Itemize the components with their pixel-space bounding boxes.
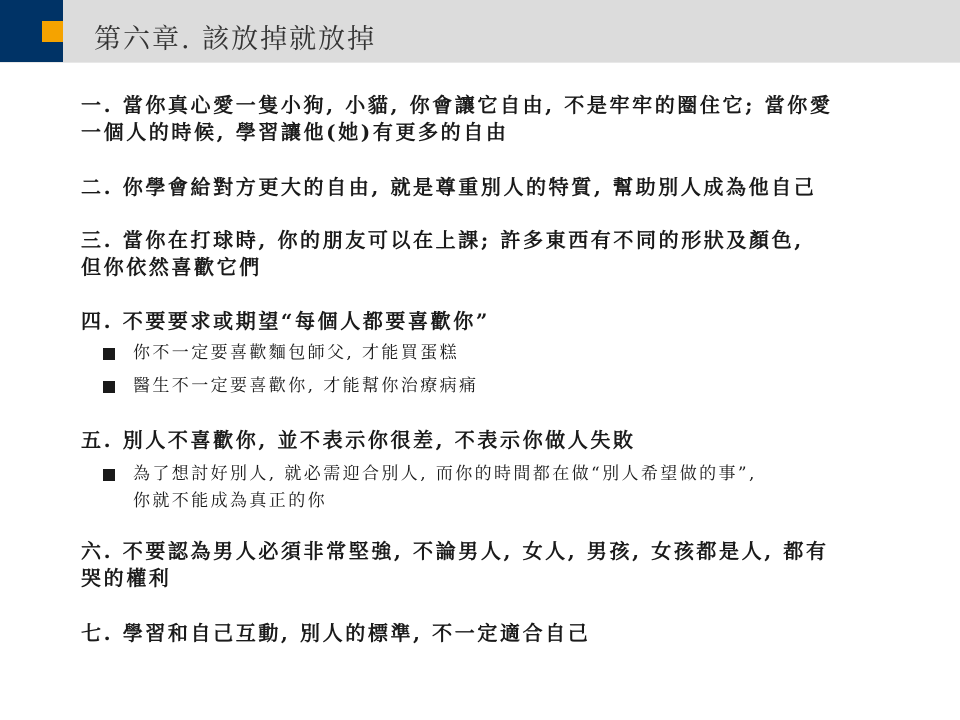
point-4-sub-2: 醫生不一定要喜歡你, 才能幫你治療病痛 xyxy=(103,373,923,400)
point-1: 一. 當你真心愛一隻小狗, 小貓, 你會讓它自由, 不是牢牢的圈住它; 當你愛 … xyxy=(81,92,926,146)
point-2: 二. 你學會給對方更大的自由, 就是尊重別人的特質, 幫助別人成為他自己 xyxy=(81,174,926,201)
point-7-line-1: 七. 學習和自己互動, 別人的標準, 不一定適合自己 xyxy=(81,620,926,647)
point-5: 五. 別人不喜歡你, 並不表示你很差, 不表示你做人失敗 xyxy=(81,427,926,454)
point-5-sub-1-line-2: 你就不能成為真正的你 xyxy=(133,488,923,515)
point-7: 七. 學習和自己互動, 別人的標準, 不一定適合自己 xyxy=(81,620,926,647)
slide-title: 第六章. 該放掉就放掉 xyxy=(94,22,376,58)
square-bullet-icon xyxy=(103,381,115,393)
point-3-line-2: 但你依然喜歡它們 xyxy=(81,254,926,281)
point-2-line-1: 二. 你學會給對方更大的自由, 就是尊重別人的特質, 幫助別人成為他自己 xyxy=(81,174,926,201)
point-5-line-1: 五. 別人不喜歡你, 並不表示你很差, 不表示你做人失敗 xyxy=(81,427,926,454)
point-4-line-1: 四. 不要要求或期望“每個人都要喜歡你” xyxy=(81,308,926,335)
point-4: 四. 不要要求或期望“每個人都要喜歡你” xyxy=(81,308,926,335)
point-6-line-2: 哭的權利 xyxy=(81,565,926,592)
square-bullet-icon xyxy=(103,469,115,481)
point-5-sub-1: 為了想討好別人, 就必需迎合別人, 而你的時間都在做“別人希望做的事”, 你就不… xyxy=(103,461,923,515)
point-6-line-1: 六. 不要認為男人必須非常堅強, 不論男人, 女人, 男孩, 女孩都是人, 都有 xyxy=(81,538,926,565)
point-4-sub-1: 你不一定要喜歡麵包師父, 才能買蛋糕 xyxy=(103,340,923,367)
point-1-line-1: 一. 當你真心愛一隻小狗, 小貓, 你會讓它自由, 不是牢牢的圈住它; 當你愛 xyxy=(81,92,926,119)
square-bullet-icon xyxy=(103,348,115,360)
point-4-sub-2-text: 醫生不一定要喜歡你, 才能幫你治療病痛 xyxy=(133,373,923,400)
point-3: 三. 當你在打球時, 你的朋友可以在上課; 許多東西有不同的形狀及顏色, 但你依… xyxy=(81,227,926,281)
point-1-line-2: 一個人的時候, 學習讓他(她)有更多的自由 xyxy=(81,119,926,146)
point-3-line-1: 三. 當你在打球時, 你的朋友可以在上課; 許多東西有不同的形狀及顏色, xyxy=(81,227,926,254)
accent-square xyxy=(42,21,63,42)
point-4-sub-1-text: 你不一定要喜歡麵包師父, 才能買蛋糕 xyxy=(133,340,923,367)
point-6: 六. 不要認為男人必須非常堅強, 不論男人, 女人, 男孩, 女孩都是人, 都有… xyxy=(81,538,926,592)
point-5-sub-1-line-1: 為了想討好別人, 就必需迎合別人, 而你的時間都在做“別人希望做的事”, xyxy=(133,461,923,488)
